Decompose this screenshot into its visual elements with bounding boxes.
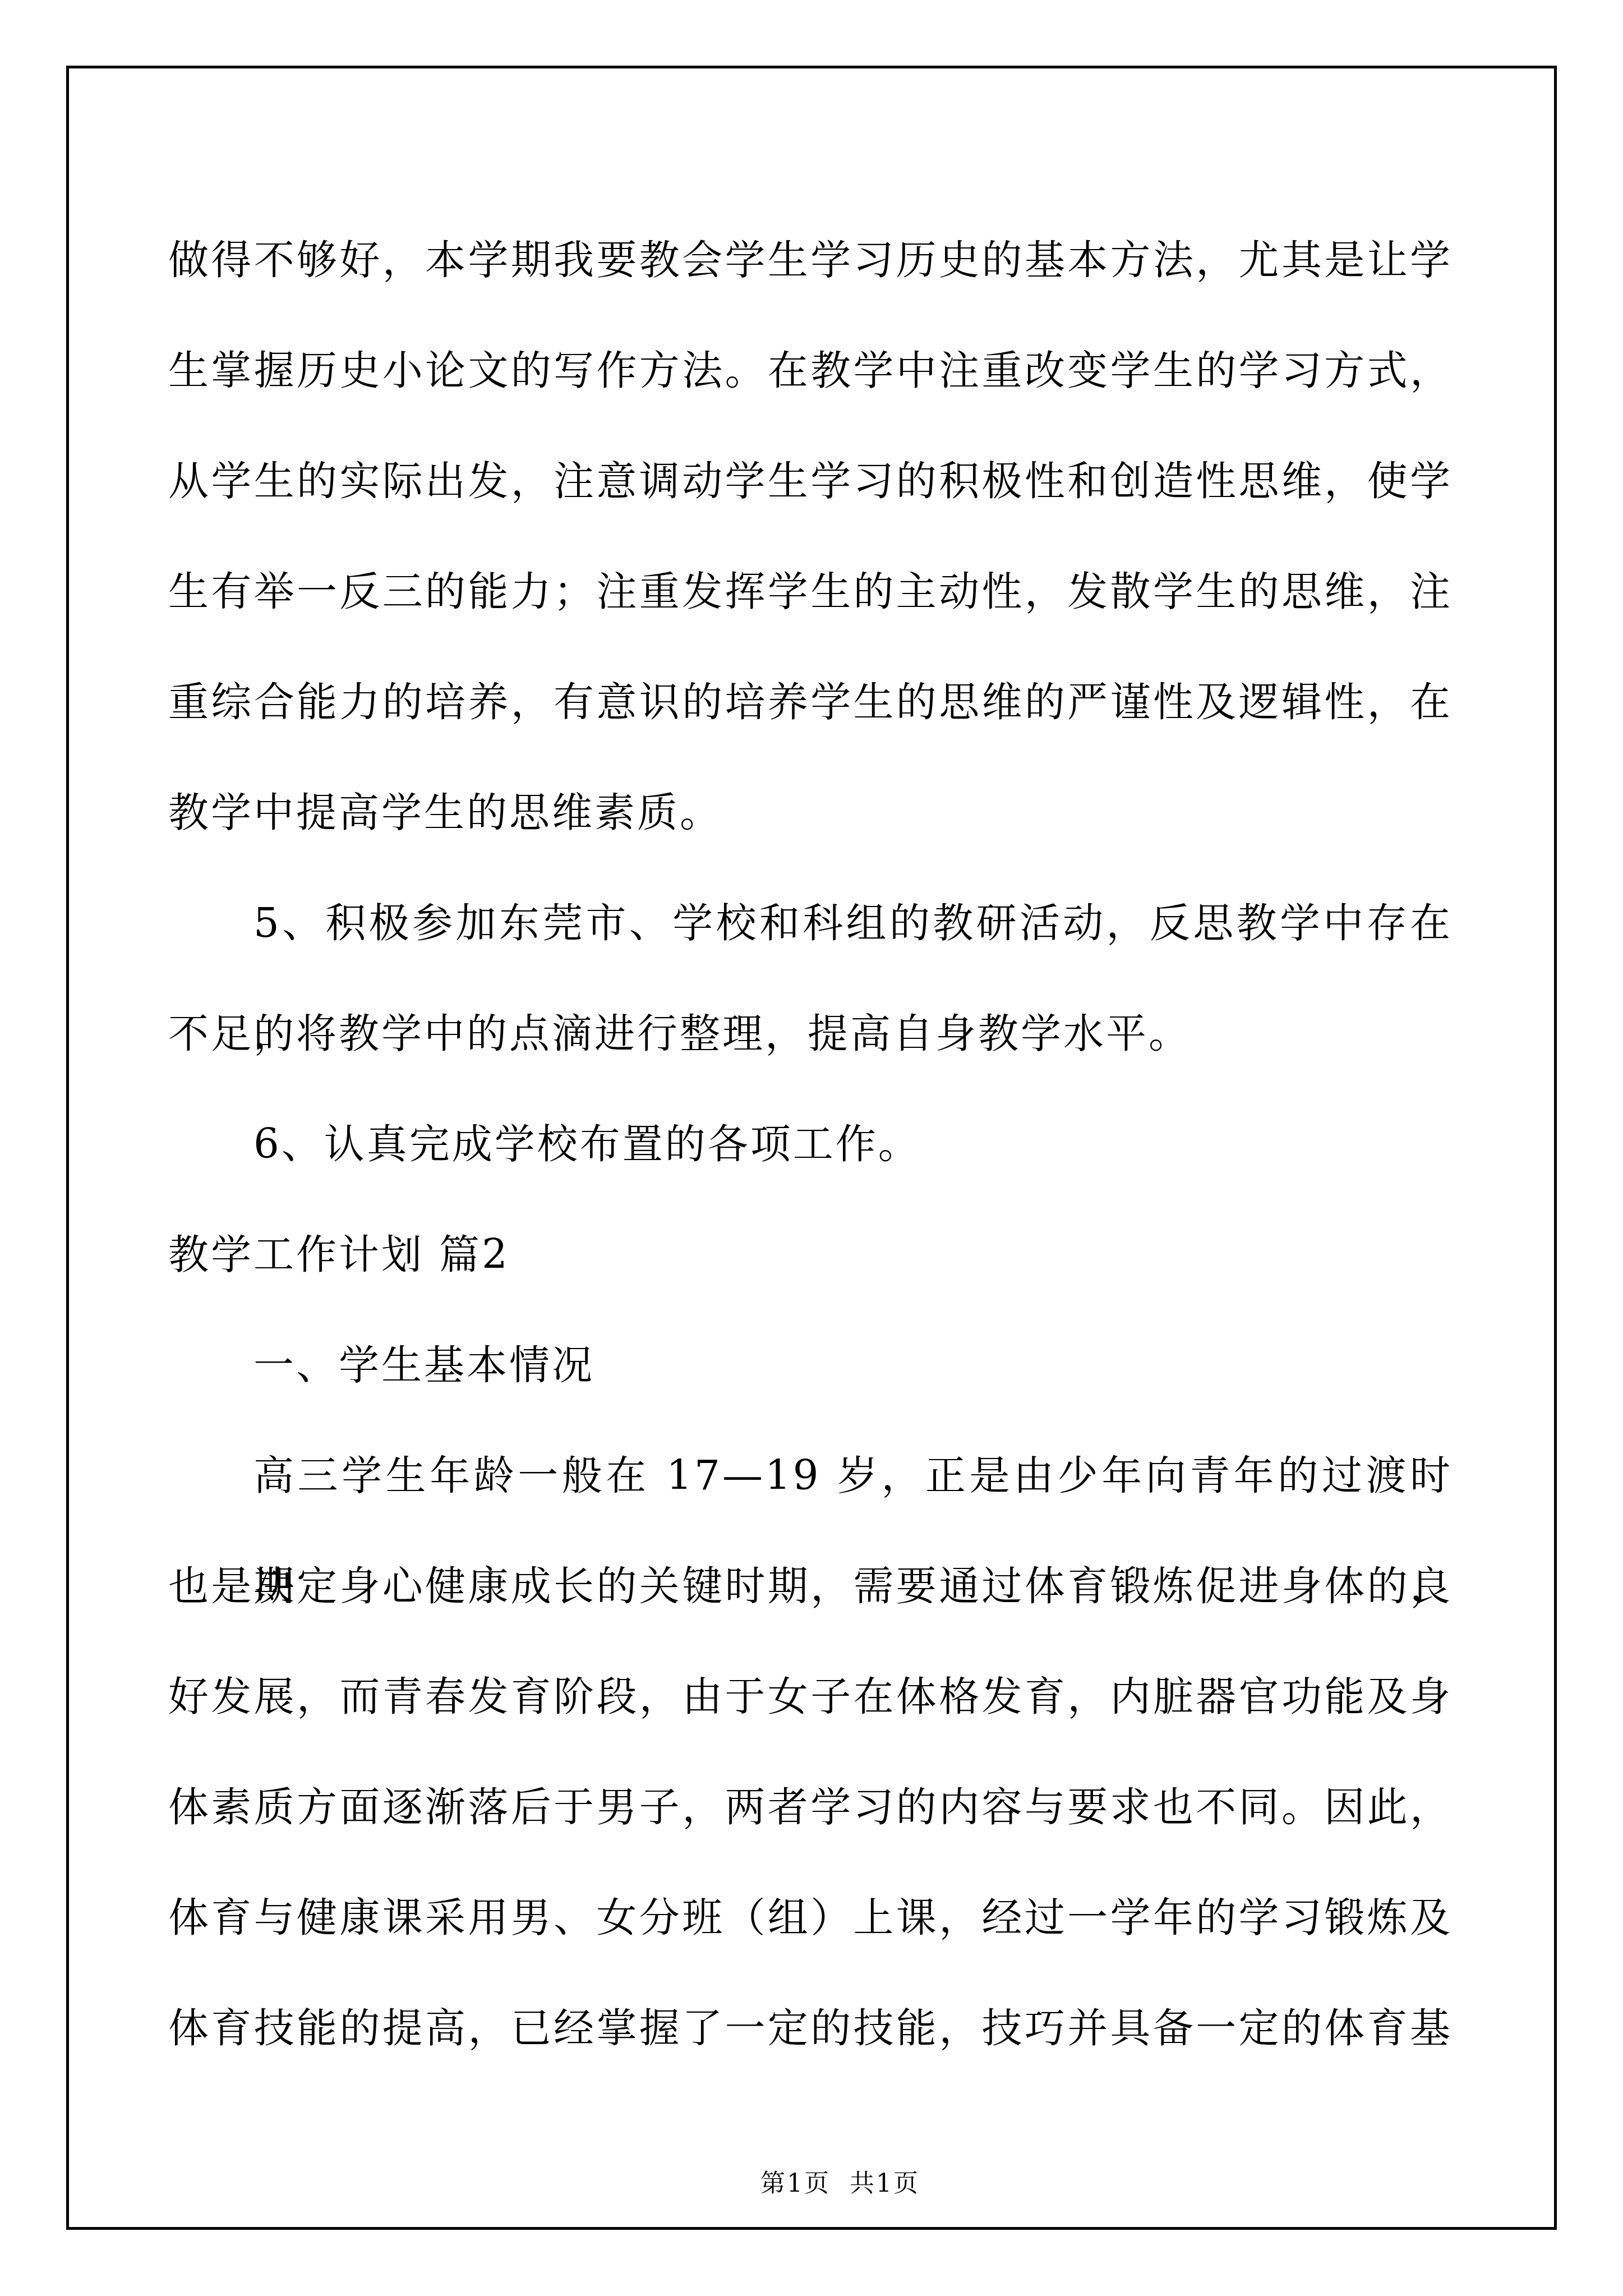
page-border-frame: 做得不够好，本学期我要教会学生学习历史的基本方法，尤其是让学生掌握历史小论文的写… xyxy=(66,66,1557,2230)
text-line: 不足，将教学中的点滴进行整理，提高自身教学水平。 xyxy=(168,978,1453,1089)
text-line: 做得不够好，本学期我要教会学生学习历史的基本方法，尤其是让学 xyxy=(168,205,1453,315)
text-line: 重综合能力的培养，有意识的培养学生的思维的严谨性及逻辑性，在 xyxy=(168,647,1453,757)
text-line: 从学生的实际出发，注意调动学生学习的积极性和创造性思维，使学 xyxy=(168,426,1453,536)
text-line: 5、积极参加东莞市、学校和科组的教研活动，反思教学中存在的 xyxy=(168,868,1453,978)
text-line: 一、学生基本情况 xyxy=(168,1310,1453,1420)
text-line: 教学工作计划 篇2 xyxy=(168,1199,1453,1310)
text-line: 体育技能的提高，已经掌握了一定的技能，技巧并具备一定的体育基 xyxy=(168,1973,1453,2083)
text-line: 高三学生年龄一般在 17—19 岁，正是由少年向青年的过渡时期， xyxy=(168,1420,1453,1531)
text-line: 体素质方面逐渐落后于男子，两者学习的内容与要求也不同。因此， xyxy=(168,1752,1453,1862)
text-line: 也是决定身心健康成长的关键时期，需要通过体育锻炼促进身体的良 xyxy=(168,1531,1453,1641)
document-body: 做得不够好，本学期我要教会学生学习历史的基本方法，尤其是让学生掌握历史小论文的写… xyxy=(168,205,1453,2083)
page-footer: 第1页 共1页 xyxy=(69,2134,1554,2228)
text-line: 好发展，而青春发育阶段，由于女子在体格发育，内脏器官功能及身 xyxy=(168,1641,1453,1752)
page-number-text: 第1页 共1页 xyxy=(760,2169,920,2198)
text-line: 生掌握历史小论文的写作方法。在教学中注重改变学生的学习方式， xyxy=(168,315,1453,426)
text-line: 6、认真完成学校布置的各项工作。 xyxy=(168,1089,1453,1199)
document-page: 做得不够好，本学期我要教会学生学习历史的基本方法，尤其是让学生掌握历史小论文的写… xyxy=(0,0,1623,2296)
text-line: 教学中提高学生的思维素质。 xyxy=(168,757,1453,868)
text-line: 生有举一反三的能力；注重发挥学生的主动性，发散学生的思维，注 xyxy=(168,536,1453,647)
text-line: 体育与健康课采用男、女分班（组）上课，经过一学年的学习锻炼及 xyxy=(168,1862,1453,1973)
